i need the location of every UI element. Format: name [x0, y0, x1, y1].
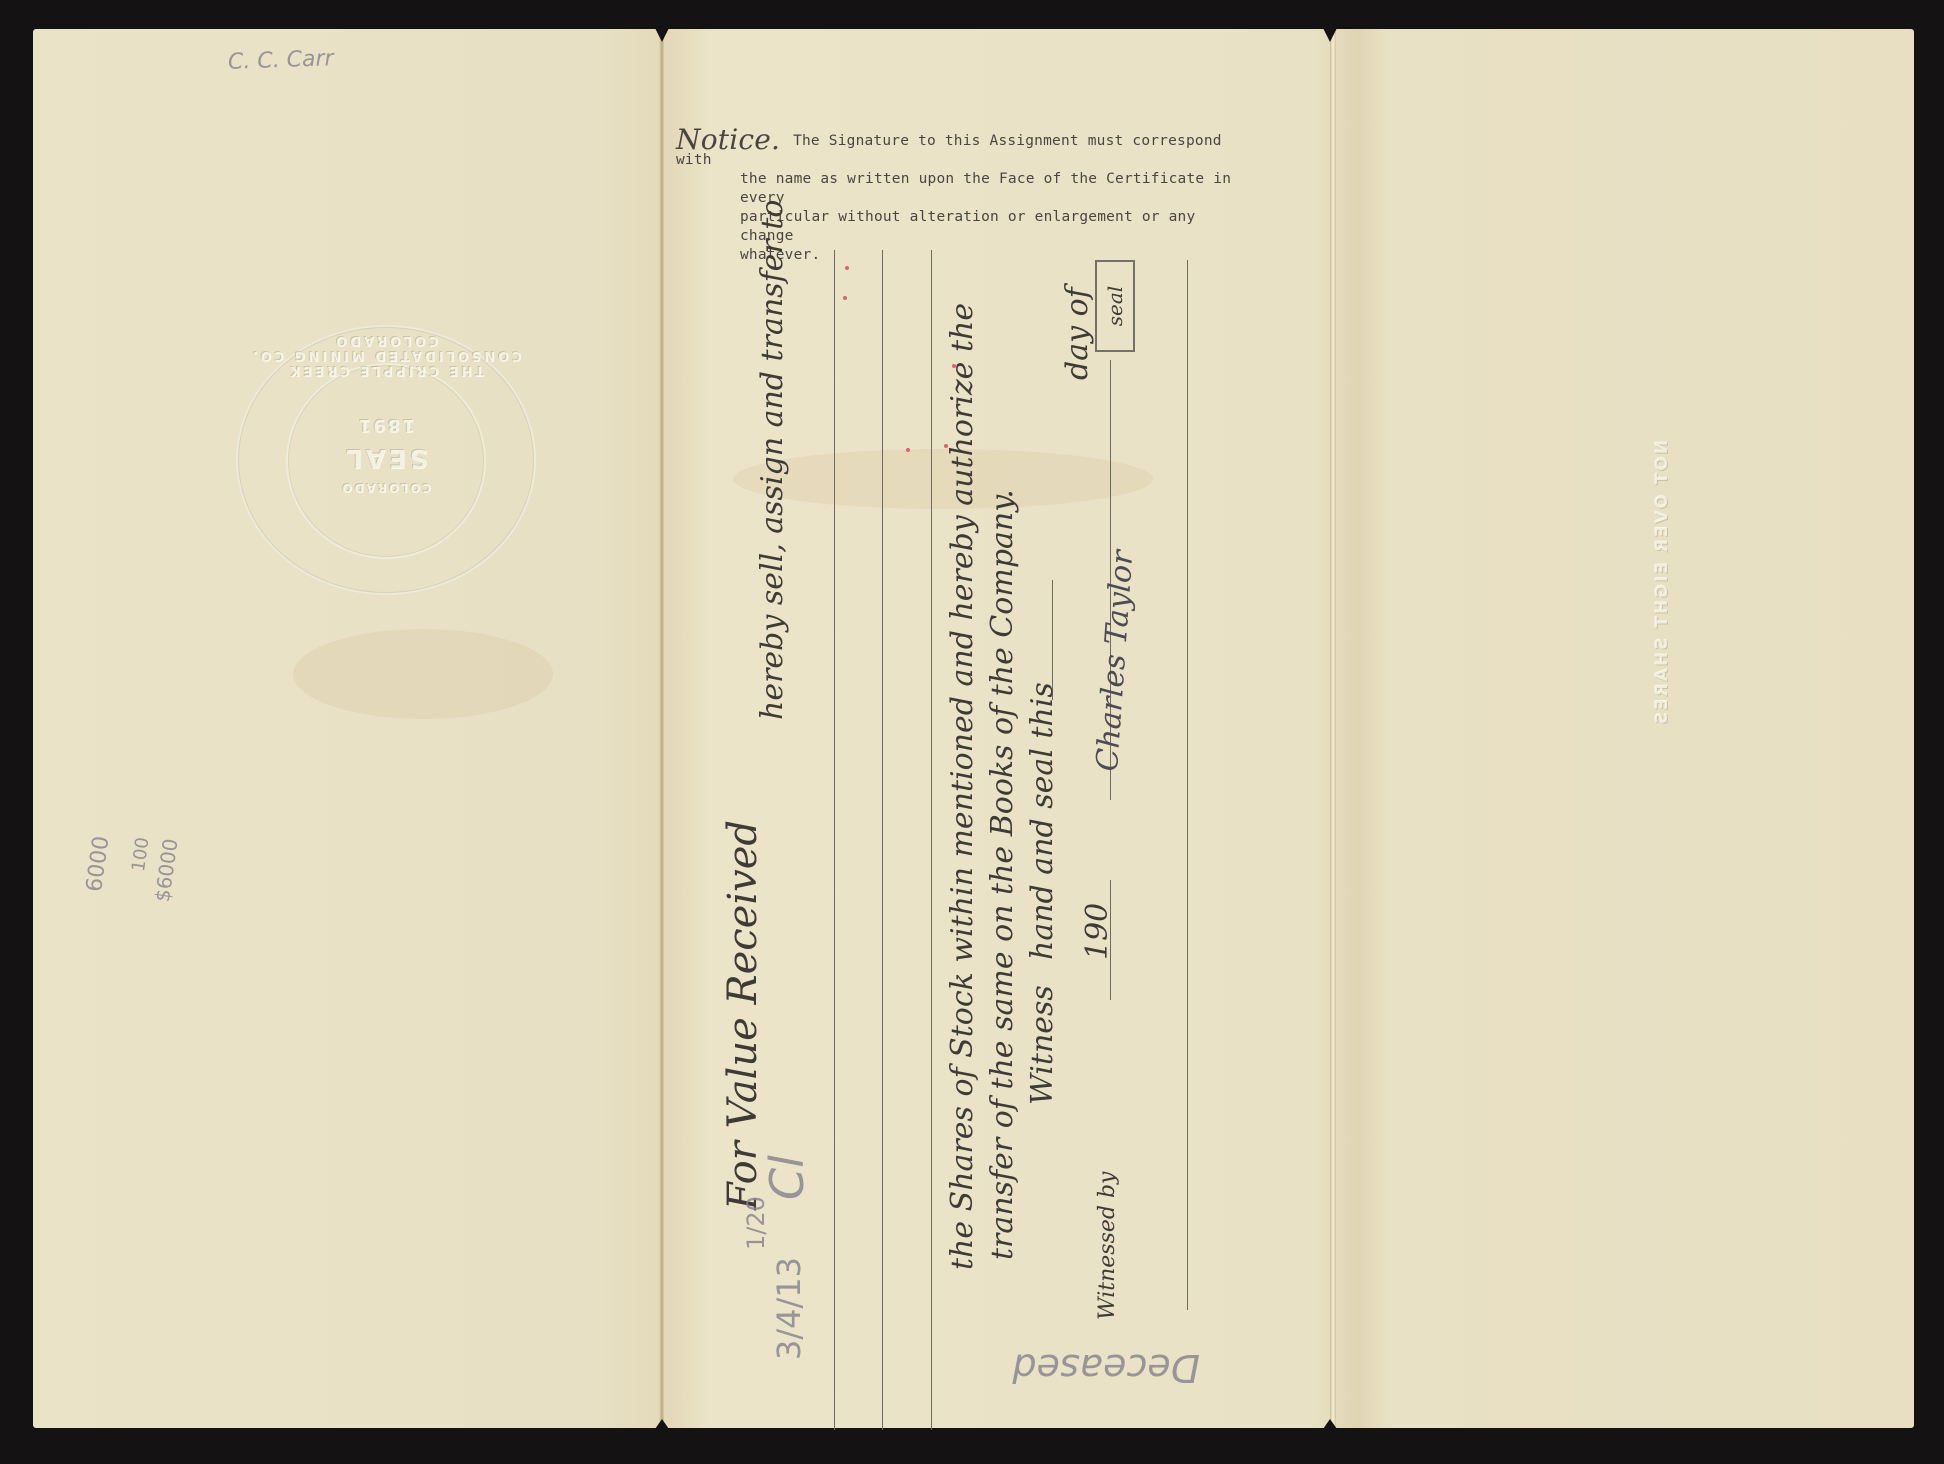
seal-center-word: SEAL [236, 443, 536, 473]
left-fold-crease [659, 29, 665, 1428]
red-ink-fleck [843, 296, 847, 300]
top-right-fold-notch [1323, 28, 1337, 42]
hand-and-seal-text: hand and seal this [1025, 682, 1060, 960]
bottom-left-fold-notch [655, 1419, 669, 1429]
red-ink-fleck [952, 364, 956, 368]
water-stain [733, 449, 1153, 509]
shares-blank-line [931, 250, 932, 1430]
for-value-received-text: For Value Received [720, 820, 766, 1210]
day-of-text: day of [1060, 287, 1095, 380]
red-ink-fleck [906, 448, 910, 452]
pencil-fraction: 1/20 [742, 1196, 770, 1250]
red-ink-fleck [944, 444, 948, 448]
witness-text: Witness [1025, 985, 1060, 1105]
seal-label: seal [1103, 286, 1127, 326]
year-prefix-text: 190 [1080, 903, 1115, 960]
witness-signature-line [1187, 260, 1188, 1310]
witnessed-by-text: Witnessed by [1095, 1172, 1120, 1320]
embossed-corporate-seal: THE CRIPPLE CREEK CONSOLIDATED MINING CO… [236, 325, 536, 595]
blind-stamp-text: NOT OVER EIGHT SHARES [1652, 440, 1672, 726]
red-ink-fleck [845, 266, 849, 270]
bottom-right-fold-notch [1323, 1419, 1337, 1429]
pencil-deceased-notation: Deceased [1013, 1346, 1201, 1390]
transfer-books-text: transfer of the same on the Books of the… [985, 489, 1020, 1260]
pencil-name-note: C. C. Carr [228, 46, 334, 75]
seal-outer-text: THE CRIPPLE CREEK CONSOLIDATED MINING CO… [236, 333, 536, 378]
transferee-blank-line [834, 250, 835, 1430]
pencil-date: 3/4/13 [770, 1257, 808, 1360]
hereby-assign-text: hereby sell, assign and transfer to [755, 200, 790, 720]
seal-state-line: COLORADO [236, 481, 536, 495]
seal-box: seal [1095, 260, 1135, 352]
right-fold-crease [1330, 29, 1336, 1428]
blank-line [882, 250, 883, 1430]
top-left-fold-notch [655, 28, 669, 42]
shares-authorize-text: the Shares of Stock within mentioned and… [945, 303, 980, 1270]
pencil-initials: Cl [760, 1155, 814, 1200]
seal-year: 1891 [236, 415, 536, 436]
water-stain [293, 629, 553, 719]
